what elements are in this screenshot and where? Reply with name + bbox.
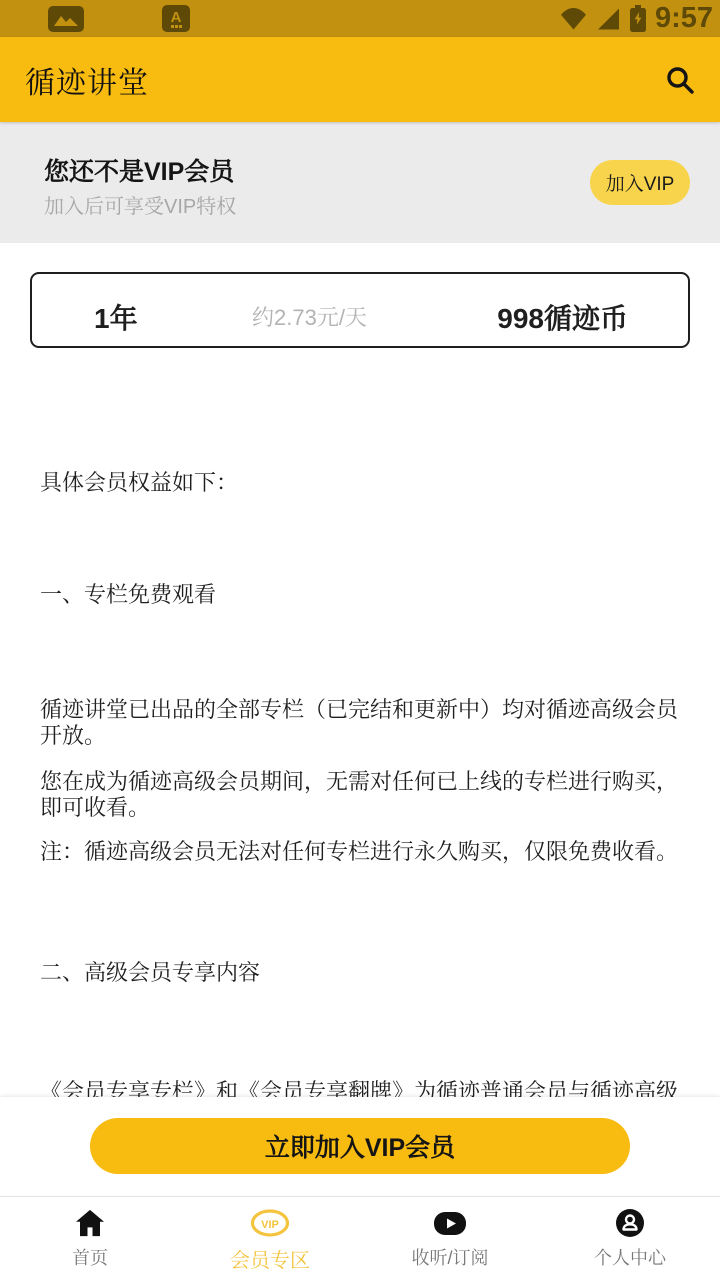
benefits-section2-title: 二、高级会员专享内容	[40, 960, 682, 986]
profile-icon	[616, 1208, 644, 1238]
search-button[interactable]	[660, 61, 700, 101]
vip-status-title: 您还不是VIP会员	[44, 152, 234, 188]
home-icon	[75, 1208, 105, 1238]
search-icon	[664, 64, 696, 99]
price-option-card[interactable]: 1年 约2.73元/天 998循迹币	[30, 272, 690, 348]
status-system-icons: 9:57	[560, 2, 720, 35]
vip-icon: VIP	[250, 1208, 290, 1238]
nav-item-label: 个人中心	[594, 1244, 666, 1270]
clock: 9:57	[655, 2, 713, 35]
wifi-icon	[560, 8, 587, 30]
battery-charging-icon	[630, 5, 646, 32]
benefits-paragraph: 注：循迹高级会员无法对任何专栏进行永久购买，仅限免费收看。	[40, 839, 682, 865]
svg-text:A: A	[171, 9, 182, 26]
nav-item-label: 首页	[72, 1244, 108, 1270]
status-bar: A	[0, 0, 720, 37]
page-title: 循迹讲堂	[0, 58, 149, 102]
screenshot-notification-icon	[48, 6, 84, 32]
app-bar: 循迹讲堂	[0, 37, 720, 122]
vip-status-banner: 您还不是VIP会员 加入后可享受VIP特权 加入VIP	[0, 122, 720, 243]
price-daily-rate: 约2.73元/天	[252, 301, 367, 332]
nav-item-vip-zone[interactable]: VIP 会员专区	[180, 1197, 360, 1280]
nav-item-label: 会员专区	[230, 1244, 310, 1273]
svg-text:VIP: VIP	[261, 1219, 279, 1231]
nav-item-label: 收听/订阅	[411, 1244, 488, 1270]
status-notification-icons: A	[0, 5, 190, 32]
benefits-paragraph: 循迹讲堂已出品的全部专栏（已完结和更新中）均对循迹高级会员开放。	[40, 697, 682, 749]
benefits-intro: 具体会员权益如下：	[40, 470, 682, 496]
benefits-section1-title: 一、专栏免费观看	[40, 582, 682, 608]
nav-item-home[interactable]: 首页	[0, 1197, 180, 1280]
benefits-paragraph: 您在成为循迹高级会员期间，无需对任何已上线的专栏进行购买，即可收看。	[40, 769, 682, 821]
nav-item-profile[interactable]: 个人中心	[540, 1197, 720, 1280]
cta-bar: 立即加入VIP会员	[0, 1097, 720, 1196]
bottom-navigation: 首页 VIP 会员专区 收听/订阅	[0, 1196, 720, 1280]
price-amount: 998循迹币	[497, 297, 628, 337]
nav-item-listen-subscribe[interactable]: 收听/订阅	[360, 1197, 540, 1280]
join-vip-now-button[interactable]: 立即加入VIP会员	[90, 1118, 630, 1174]
cellular-signal-icon	[596, 8, 621, 30]
app-screen: A	[0, 0, 720, 1280]
price-duration: 1年	[94, 297, 138, 337]
input-method-notification-icon: A	[162, 5, 190, 32]
join-vip-button[interactable]: 加入VIP	[590, 160, 690, 205]
vip-status-subtitle: 加入后可享受VIP特权	[44, 190, 236, 219]
listen-icon	[434, 1208, 466, 1238]
